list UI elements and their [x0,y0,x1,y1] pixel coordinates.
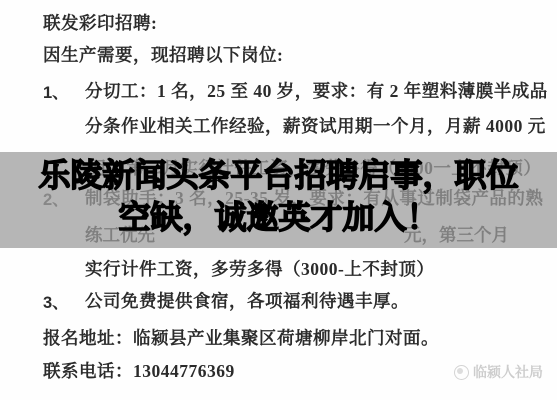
item1-line1: 分切工：1 名，25 至 40 岁，要求：有 2 年塑料薄膜半成品 [85,78,548,103]
banner-headline: 乐陵新闻头条平台招聘启事，职位 空缺，诚邀英才加入！ [0,154,557,238]
item2-tail-line: 实行计件工资，多劳多得（3000-上不封顶） [85,256,434,281]
item3-text: 公司免费提供食宿，各项福利待遇丰厚。 [85,288,409,313]
intro-line: 因生产需要，现招聘以下岗位: [43,42,283,67]
item1-line2: 分条作业相关工作经验，薪资试用期一个月，月薪 4000 元 [85,113,546,138]
banner-headline-line1: 乐陵新闻头条平台招聘启事，职位 [0,154,557,196]
watermark-logo-icon [454,365,469,380]
item1-number: 1、 [43,79,69,103]
watermark-label: 临颍人社局 [473,362,543,382]
recruitment-notice-image: 联发彩印招聘: 因生产需要，现招聘以下岗位: 1、 分切工：1 名，25 至 4… [0,0,557,400]
overlay-band: /月，第二月实行计件工资，多劳多得（4000一上不封顶） 2、 制袋助手：3 名… [0,152,557,248]
item3-number: 3、 [43,289,69,313]
watermark: 临颍人社局 [454,362,543,382]
address-line: 报名地址：临颍县产业集聚区荷塘柳岸北门对面。 [43,325,439,350]
company-title: 联发彩印招聘: [43,10,157,35]
phone-line: 联系电话：13044776369 [43,358,235,383]
banner-headline-line2: 空缺，诚邀英才加入！ [0,196,557,238]
